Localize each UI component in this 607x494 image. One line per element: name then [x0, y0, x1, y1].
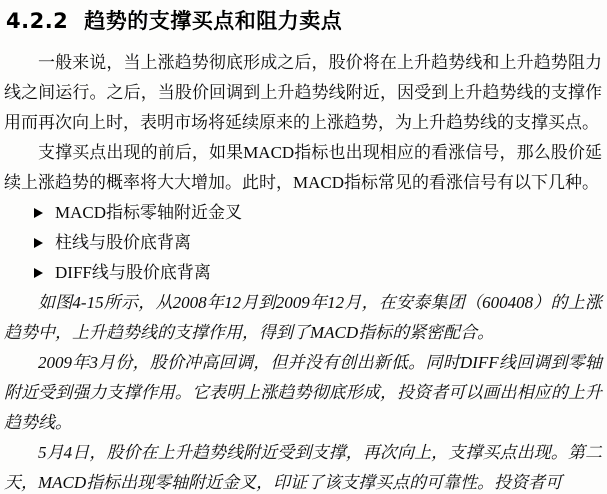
arrow-right-bullet-icon: [34, 238, 43, 248]
paragraph-intro-1: 一般来说，当上涨趋势彻底形成之后，股价将在上升趋势线和上升趋势阻力线之间运行。之…: [4, 48, 602, 138]
paragraph-intro-2: 支撑买点出现的前后，如果MACD指标也出现相应的看涨信号，那么股价延续上涨趋势的…: [4, 138, 602, 198]
arrow-right-bullet-icon: [34, 268, 43, 278]
arrow-right-bullet-icon: [34, 208, 43, 218]
book-page: 4.2.2趋势的支撑买点和阻力卖点 一般来说，当上涨趋势彻底形成之后，股价将在上…: [0, 0, 607, 494]
section-title: 趋势的支撑买点和阻力卖点: [84, 9, 342, 33]
section-number: 4.2.2: [6, 9, 68, 33]
paragraph-example-2: 2009年3月份，股价冲高回调，但并没有创出新低。同时DIFF线回调到零轴附近受…: [4, 348, 602, 438]
macd-signal-list: MACD指标零轴附近金叉 柱线与股价底背离 DIFF线与股价底背离: [4, 198, 602, 288]
paragraph-example-3: 5月4日，股价在上升趋势线附近受到支撑，再次向上，支撑买点出现。第二天，MACD…: [4, 438, 602, 494]
list-item-label: MACD指标零轴附近金叉: [55, 198, 242, 228]
section-heading: 4.2.2趋势的支撑买点和阻力卖点: [6, 8, 602, 34]
paragraph-example-1: 如图4-15所示，从2008年12月到2009年12月，在安泰集团（600408…: [4, 288, 602, 348]
list-item-label: 柱线与股价底背离: [55, 228, 191, 258]
list-item-label: DIFF线与股价底背离: [55, 258, 211, 288]
list-item: MACD指标零轴附近金叉: [34, 198, 602, 228]
list-item: 柱线与股价底背离: [34, 228, 602, 258]
list-item: DIFF线与股价底背离: [34, 258, 602, 288]
